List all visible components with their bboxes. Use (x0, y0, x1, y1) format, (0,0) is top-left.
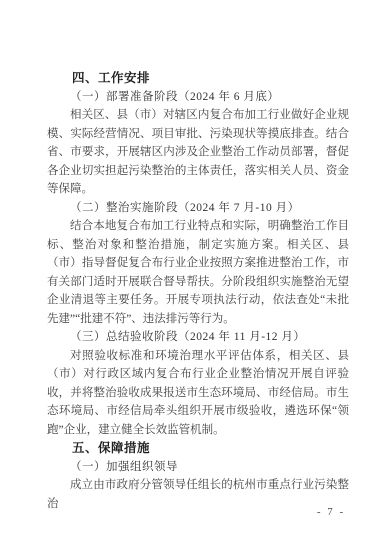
paragraph-deployment-preparation: 相关区、县（市）对辖区内复合布加工行业做好企业规模、实际经营情况、项目审批、污染… (47, 106, 349, 199)
subheading-remediation-implementation-stage: （二）整治实施阶段（2024 年 7 月-10 月） (47, 199, 349, 218)
document-page: 四、工作安排 （一）部署准备阶段（2024 年 6 月底） 相关区、县（市）对辖… (0, 0, 390, 551)
subheading-summary-acceptance-stage: （三）总结验收阶段（2024 年 11 月-12 月） (47, 328, 349, 347)
section-heading-safeguard-measures: 五、保障措施 (47, 439, 349, 458)
subheading-deployment-preparation-stage: （一）部署准备阶段（2024 年 6 月底） (47, 88, 349, 107)
subheading-strengthen-organizational-leadership: （一）加强组织领导 (47, 458, 349, 477)
section-heading-work-arrangement: 四、工作安排 (47, 69, 349, 88)
page-number: - 7 - (308, 506, 354, 518)
document-body: 四、工作安排 （一）部署准备阶段（2024 年 6 月底） 相关区、县（市）对辖… (47, 69, 349, 513)
paragraph-organizational-leadership: 成立由市政府分管领导任组长的杭州市重点行业污染整治 (47, 476, 349, 513)
paragraph-remediation-implementation: 结合本地复合布加工行业特点和实际，明确整治工作目标、整治对象和整治措施，制定实施… (47, 217, 349, 328)
paragraph-summary-acceptance: 对照验收标准和环境治理水平评估体系，相关区、县（市）对行政区域内复合布行业企业整… (47, 347, 349, 440)
